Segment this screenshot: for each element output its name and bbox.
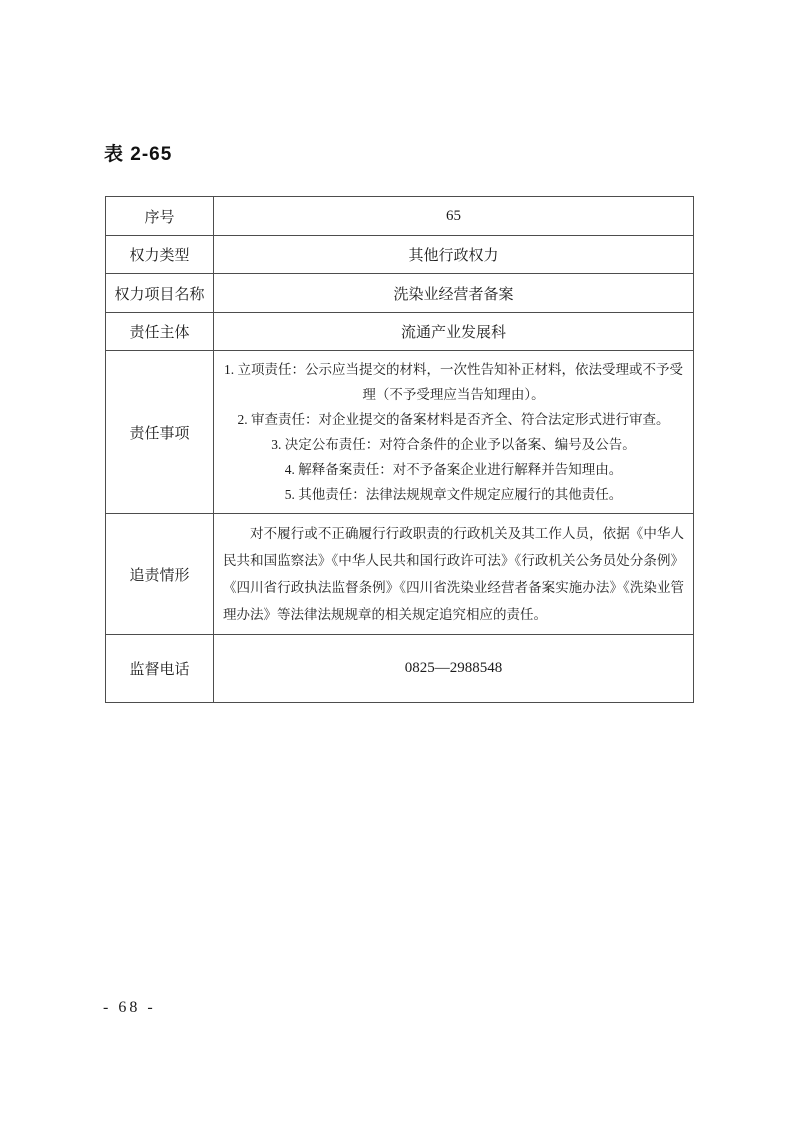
row-label: 追责情形: [106, 514, 214, 635]
responsibility-item: 4. 解释备案责任：对不予备案企业进行解释并告知理由。: [220, 457, 687, 482]
table-row-accountability: 追责情形 对不履行或不正确履行行政职责的行政机关及其工作人员，依据《中华人民共和…: [106, 514, 694, 635]
row-label: 监督电话: [106, 635, 214, 703]
table-row-power-item-name: 权力项目名称 洗染业经营者备案: [106, 274, 694, 313]
table-row-responsible-entity: 责任主体 流通产业发展科: [106, 313, 694, 351]
row-label: 权力类型: [106, 236, 214, 274]
row-label: 责任事项: [106, 351, 214, 514]
supervision-phone-value: 0825—2988548: [214, 635, 694, 703]
responsibility-item: 5. 其他责任：法律法规规章文件规定应履行的其他责任。: [220, 482, 687, 507]
row-value: 流通产业发展科: [214, 313, 694, 351]
row-label: 权力项目名称: [106, 274, 214, 313]
row-label: 责任主体: [106, 313, 214, 351]
responsibility-item: 1. 立项责任：公示应当提交的材料，一次性告知补正材料，依法受理或不予受理（不予…: [220, 357, 687, 407]
page-number: - 68 -: [103, 999, 156, 1017]
row-label: 序号: [106, 197, 214, 236]
table-row-power-type: 权力类型 其他行政权力: [106, 236, 694, 274]
accountability-cell: 对不履行或不正确履行行政职责的行政机关及其工作人员，依据《中华人民共和国监察法》…: [214, 514, 694, 635]
table-row-serial-number: 序号 65: [106, 197, 694, 236]
table-row-responsibility-items: 责任事项 1. 立项责任：公示应当提交的材料，一次性告知补正材料，依法受理或不予…: [106, 351, 694, 514]
responsibility-item: 2. 审查责任：对企业提交的备案材料是否齐全、符合法定形式进行审查。: [220, 407, 687, 432]
accountability-paragraph: 对不履行或不正确履行行政职责的行政机关及其工作人员，依据《中华人民共和国监察法》…: [223, 520, 684, 628]
power-item-table: 序号 65 权力类型 其他行政权力 权力项目名称 洗染业经营者备案 责任主体 流…: [105, 196, 694, 703]
row-value: 其他行政权力: [214, 236, 694, 274]
row-value: 65: [214, 197, 694, 236]
table-caption: 表 2-65: [104, 139, 172, 166]
document-page: 表 2-65 序号 65 权力类型 其他行政权力 权力项目名称 洗染业经营者备案…: [0, 0, 793, 1122]
responsibility-items-cell: 1. 立项责任：公示应当提交的材料，一次性告知补正材料，依法受理或不予受理（不予…: [214, 351, 694, 514]
responsibility-item: 3. 决定公布责任：对符合条件的企业予以备案、编号及公告。: [220, 432, 687, 457]
table-row-supervision-phone: 监督电话 0825—2988548: [106, 635, 694, 703]
row-value: 洗染业经营者备案: [214, 274, 694, 313]
